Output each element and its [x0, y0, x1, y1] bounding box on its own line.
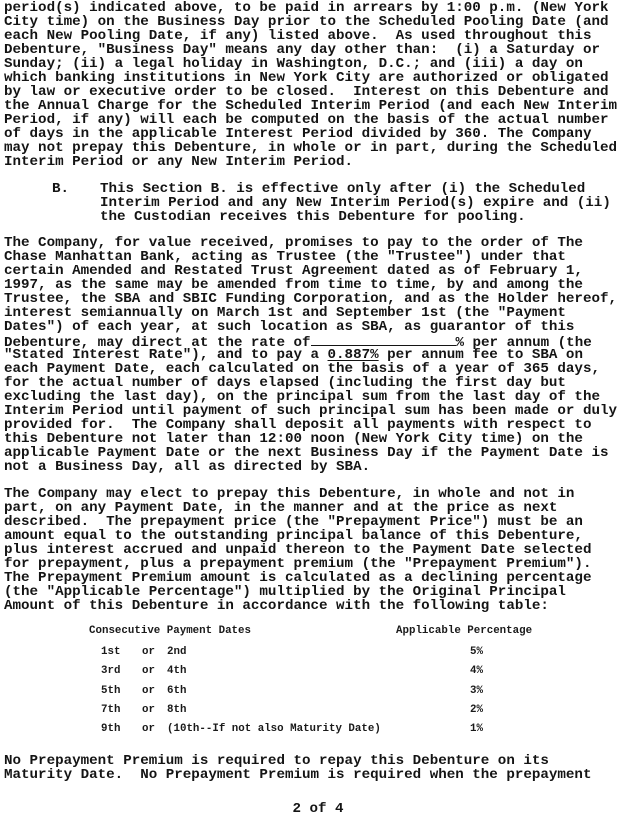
text-line: Dates") of each year, at such location a…	[4, 320, 574, 334]
text-line: Sunday; (ii) a legal holiday in Washingt…	[4, 57, 583, 71]
table-cell-first-date: 9th	[101, 723, 120, 735]
text-line: applicable Payment Date or the next Busi…	[4, 446, 609, 460]
table-cell-first-date: 7th	[101, 704, 120, 716]
text-line: each Payment Date, each calculated on th…	[4, 362, 600, 376]
table-cell-conjunction: or	[142, 665, 155, 677]
table-cell-percentage: 3%	[470, 685, 483, 697]
text-line: The Company may elect to prepay this Deb…	[4, 487, 574, 501]
table-cell-conjunction: or	[142, 685, 155, 697]
table-cell-conjunction: or	[142, 704, 155, 716]
text-line: "Stated Interest Rate"), and to pay a 0.…	[4, 348, 583, 362]
text-line: for the actual number of days elapsed (i…	[4, 376, 566, 390]
text-line: plus interest accrued and unpaid thereon…	[4, 543, 591, 557]
text-line: which banking institutions in New York C…	[4, 71, 609, 85]
stated-interest-rate-blank	[311, 334, 456, 346]
table-cell-second-date: 2nd	[167, 646, 186, 658]
text-line: this Debenture not later than 12:00 noon…	[4, 432, 583, 446]
text-line: period(s) indicated above, to be paid in…	[4, 1, 609, 15]
table-cell-first-date: 5th	[101, 685, 120, 697]
table-cell-first-date: 1st	[101, 646, 120, 658]
text-line: part, on any Payment Date, in the manner…	[4, 501, 557, 515]
text-line: the Custodian receives this Debenture fo…	[100, 210, 526, 224]
text-line: provided for. The Company shall deposit …	[4, 418, 591, 432]
text-line: No Prepayment Premium is required to rep…	[4, 754, 549, 768]
text-line: for prepayment, plus a prepayment premiu…	[4, 557, 591, 571]
table-cell-percentage: 4%	[470, 665, 483, 677]
text-line: Interim Period until payment of such pri…	[4, 404, 617, 418]
text-line: may not prepay this Debenture, in whole …	[4, 141, 617, 155]
text-line: Period, if any) will each be computed on…	[4, 113, 609, 127]
table-cell-percentage: 2%	[470, 704, 483, 716]
text-line: City time) on the Business Day prior to …	[4, 15, 609, 29]
text-line: excluding the last day), on the principa…	[4, 390, 600, 404]
text-line: Trustee, the SBA and SBIC Funding Corpor…	[4, 292, 617, 306]
table-cell-conjunction: or	[142, 723, 155, 735]
table-cell-conjunction: or	[142, 646, 155, 658]
text-line: described. The prepayment price (the "Pr…	[4, 515, 583, 529]
text-line: Maturity Date. No Prepayment Premium is …	[4, 768, 591, 782]
text-line: Chase Manhattan Bank, acting as Trustee …	[4, 250, 566, 264]
text-line: not a Business Day, all as directed by S…	[4, 460, 370, 474]
text-line: by law or executive order to be closed. …	[4, 85, 609, 99]
text-line: amount equal to the outstanding principa…	[4, 529, 583, 543]
document-page: period(s) indicated above, to be paid in…	[0, 0, 636, 820]
text-line: Interim Period or any New Interim Period…	[4, 155, 353, 169]
text-line: This Section B. is effective only after …	[100, 182, 585, 196]
table-header-percentage: Applicable Percentage	[396, 625, 532, 637]
text-line: Debenture, "Business Day" means any day …	[4, 43, 600, 57]
text-line: of days in the applicable Interest Perio…	[4, 127, 591, 141]
text-line: 1997, as the same may be amended from ti…	[4, 278, 583, 292]
text-line: The Prepayment Premium amount is calcula…	[4, 571, 591, 585]
table-cell-second-date: (10th--If not also Maturity Date)	[167, 723, 381, 735]
text-line: (the "Applicable Percentage") multiplied…	[4, 585, 566, 599]
table-header-payment-dates: Consecutive Payment Dates	[89, 625, 251, 637]
table-cell-second-date: 6th	[167, 685, 186, 697]
table-cell-second-date: 4th	[167, 665, 186, 677]
table-cell-percentage: 5%	[470, 646, 483, 658]
text-line: certain Amended and Restated Trust Agree…	[4, 264, 583, 278]
text-line: the Annual Charge for the Scheduled Inte…	[4, 99, 617, 113]
text-line: interest semiannually on March 1st and S…	[4, 306, 566, 320]
table-cell-percentage: 1%	[470, 723, 483, 735]
text-line: Interim Period and any New Interim Perio…	[100, 196, 611, 210]
table-cell-first-date: 3rd	[101, 665, 120, 677]
page-number: 2 of 4	[0, 802, 636, 816]
text-line: The Company, for value received, promise…	[4, 236, 583, 250]
section-label: B.	[52, 182, 69, 196]
table-cell-second-date: 8th	[167, 704, 186, 716]
text-line: each New Pooling Date, if any) listed ab…	[4, 29, 591, 43]
text-line: Amount of this Debenture in accordance w…	[4, 599, 549, 613]
